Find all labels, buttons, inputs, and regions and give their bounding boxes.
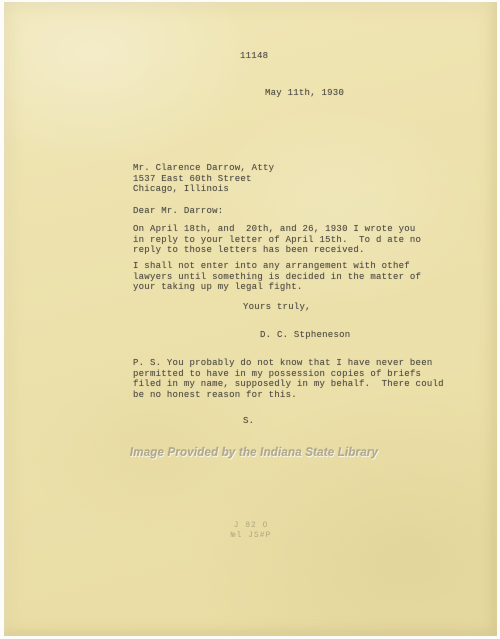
postscript-block: P. S. You probably do not know that I ha…	[133, 358, 444, 400]
recipient-line-3: Chicago, Illinois	[133, 184, 229, 194]
recipient-address-block: Mr. Clarence Darrow, Atty 1537 East 60th…	[133, 163, 274, 195]
signature-name: D. C. Stpheneson	[260, 330, 350, 341]
closing-line: Yours truly,	[243, 302, 311, 313]
stamp-line-2: №l JS#P	[231, 531, 272, 540]
recipient-line-2: 1537 East 60th Street	[133, 174, 252, 184]
body-paragraph-2: I shall not enter into any arrangement w…	[133, 261, 421, 293]
postscript-initial: S.	[243, 416, 254, 427]
salutation: Dear Mr. Darrow:	[133, 206, 223, 217]
library-watermark: Image Provided by the Indiana State Libr…	[130, 447, 378, 459]
file-number: 11148	[240, 51, 268, 62]
stamp-line-1: J 82 O	[234, 521, 269, 530]
date-line: May 11th, 1930	[265, 88, 344, 99]
body-paragraph-1: On April 18th, and 20th, and 26, 1930 I …	[133, 224, 421, 256]
recipient-line-1: Mr. Clarence Darrow, Atty	[133, 163, 274, 173]
scanned-letter-page: 11148 May 11th, 1930 Mr. Clarence Darrow…	[0, 0, 500, 639]
bleed-through-stamp: J 82 O №l JS#P	[193, 521, 309, 541]
